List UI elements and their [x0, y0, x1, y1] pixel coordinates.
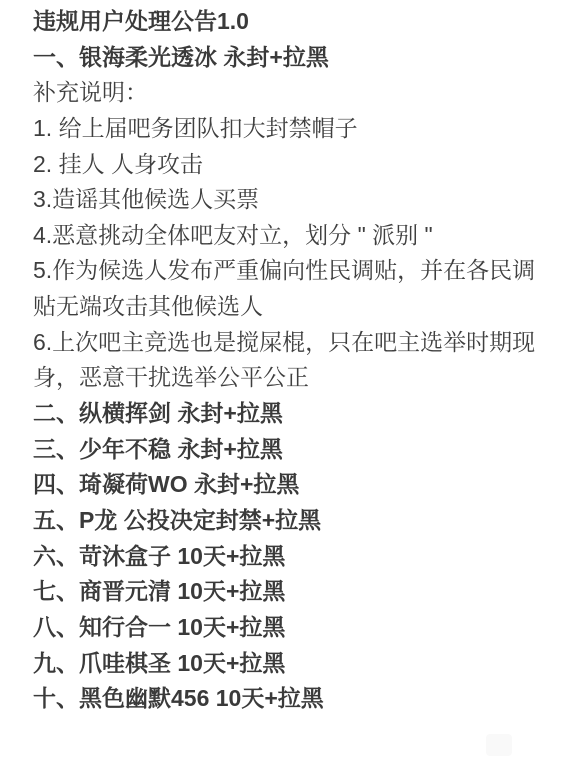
announcement-document: 违规用户处理公告1.0 一、银海柔光透冰 永封+拉黑补充说明：1. 给上届吧务团…: [33, 4, 570, 717]
announcement-line: 二、纵横挥剑 永封+拉黑: [33, 396, 570, 432]
announcement-line: 身，恶意干扰选举公平公正: [33, 360, 570, 396]
faint-watermark: [486, 734, 512, 756]
announcement-line: 一、银海柔光透冰 永封+拉黑: [33, 40, 570, 76]
announcement-line: 5.作为候选人发布严重偏向性民调贴，并在各民调: [33, 253, 570, 289]
announcement-line: 补充说明：: [33, 75, 570, 111]
announcement-line: 九、爪哇棋圣 10天+拉黑: [33, 646, 570, 682]
announcement-line: 三、少年不稳 永封+拉黑: [33, 432, 570, 468]
announcement-line: 五、P龙 公投决定封禁+拉黑: [33, 503, 570, 539]
announcement-line: 6.上次吧主竞选也是搅屎棍，只在吧主选举时期现: [33, 325, 570, 361]
announcement-line: 1. 给上届吧务团队扣大封禁帽子: [33, 111, 570, 147]
announcement-line: 四、琦凝荷WO 永封+拉黑: [33, 467, 570, 503]
announcement-line: 4.恶意挑动全体吧友对立，划分 " 派别 ": [33, 218, 570, 254]
announcement-line: 八、知行合一 10天+拉黑: [33, 610, 570, 646]
announcement-body: 一、银海柔光透冰 永封+拉黑补充说明：1. 给上届吧务团队扣大封禁帽子2. 挂人…: [33, 40, 570, 717]
announcement-line: 2. 挂人 人身攻击: [33, 147, 570, 183]
page-title: 违规用户处理公告1.0: [33, 4, 570, 40]
announcement-line: 3.造谣其他候选人买票: [33, 182, 570, 218]
announcement-line: 十、黑色幽默456 10天+拉黑: [33, 681, 570, 717]
announcement-line: 六、苛沐盒子 10天+拉黑: [33, 539, 570, 575]
announcement-line: 七、商晋元清 10天+拉黑: [33, 574, 570, 610]
announcement-line: 贴无端攻击其他候选人: [33, 289, 570, 325]
